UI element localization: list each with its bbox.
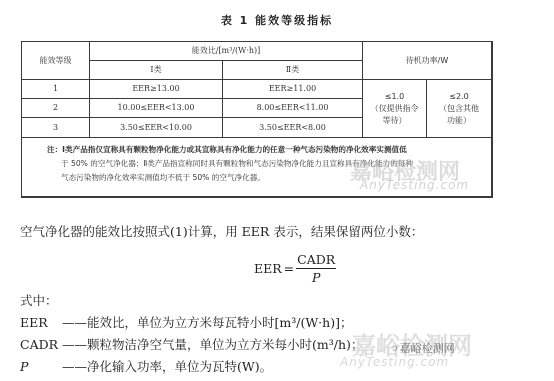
definition-eer: EER——能效比，单位为立方米每瓦特小时[m³/(W·h)]； [20, 313, 352, 331]
definition-symbol: P [20, 359, 62, 374]
header-eer: 能效比/[m³/(W·h)] [90, 42, 362, 60]
where-label: 式中： [20, 291, 58, 309]
row2-grade: 2 [22, 99, 89, 117]
definition-text: 能效比，单位为立方米每瓦特小时[m³/(W·h)]； [87, 315, 352, 330]
standby-2-line3: 功能） [447, 115, 471, 127]
header-standby-power: 待机功率/W [363, 42, 491, 79]
table-border-right [491, 41, 493, 198]
row1-class1: EER≥13.00 [90, 80, 222, 98]
standby-1-value: ≤1.0 [385, 91, 404, 103]
standby-2-value: ≤2.0 [449, 91, 468, 103]
formula-equals: = [284, 261, 294, 276]
table-caption: 表 1 能效等级指标 [0, 12, 554, 28]
row3-grade: 3 [22, 118, 89, 137]
definition-symbol: EER [20, 315, 62, 330]
wechat-icon: ↄ [392, 343, 398, 354]
definition-cadr: CADR——颗粒物洁净空气量，单位为立方米每小时(m³/h)； [20, 335, 363, 353]
definition-dash: —— [62, 359, 87, 374]
formula-intro-paragraph: 空气净化器的能效比按照式(1)计算，用 EER 表示，结果保留两位小数： [20, 222, 423, 240]
row2-class2: 8.00≤EER<11.00 [223, 99, 362, 117]
standby-1-line3: 等待） [383, 115, 407, 127]
definition-p: P——净化输入功率，单位为瓦特(W)。 [20, 357, 272, 375]
formula-numerator: CADR [296, 252, 336, 269]
definition-text: 净化输入功率，单位为瓦特(W)。 [87, 359, 272, 374]
row3-class1: 3.50≤EER<10.00 [90, 118, 222, 137]
standby-cell-1: ≤1.0 （仅提供指令 等待） [363, 80, 426, 137]
watermark-en-top: AnyTesting.com [360, 178, 469, 192]
standby-1-line2: （仅提供指令 [371, 103, 419, 115]
standby-2-line2: （包含其他 [439, 103, 479, 115]
row1-grade: 1 [22, 80, 89, 98]
definition-dash: —— [62, 337, 87, 352]
note-line-3: 气态污染物的净化效率实测值均不低于 50% 的空气净化器。 [61, 171, 265, 185]
header-class-2: Ⅱ类 [223, 61, 362, 79]
definition-dash: —— [62, 315, 87, 330]
header-class-1: Ⅰ类 [90, 61, 222, 79]
row2-class1: 10.00≤EER<13.00 [90, 99, 222, 117]
watermark-small-label: 嘉峪检测网 [400, 340, 455, 356]
definition-text: 颗粒物洁净空气量，单位为立方米每小时(m³/h)； [87, 337, 363, 352]
row1-class2: EER≥11.00 [223, 80, 362, 98]
row3-class2: 3.50≤EER<8.00 [223, 118, 362, 137]
watermark-logo: ↄ 嘉峪检测网 [392, 340, 455, 356]
formula-fraction: CADR P [296, 252, 336, 285]
formula-lhs: EER [254, 261, 282, 276]
definition-symbol: CADR [20, 337, 62, 352]
eer-formula: EER = CADR P [254, 252, 336, 285]
header-grade: 能效等级 [22, 42, 89, 79]
formula-denominator: P [312, 269, 320, 285]
watermark-en-bottom: AnyTesting.com [340, 355, 449, 369]
standby-cell-2: ≤2.0 （包含其他 功能） [427, 80, 491, 137]
